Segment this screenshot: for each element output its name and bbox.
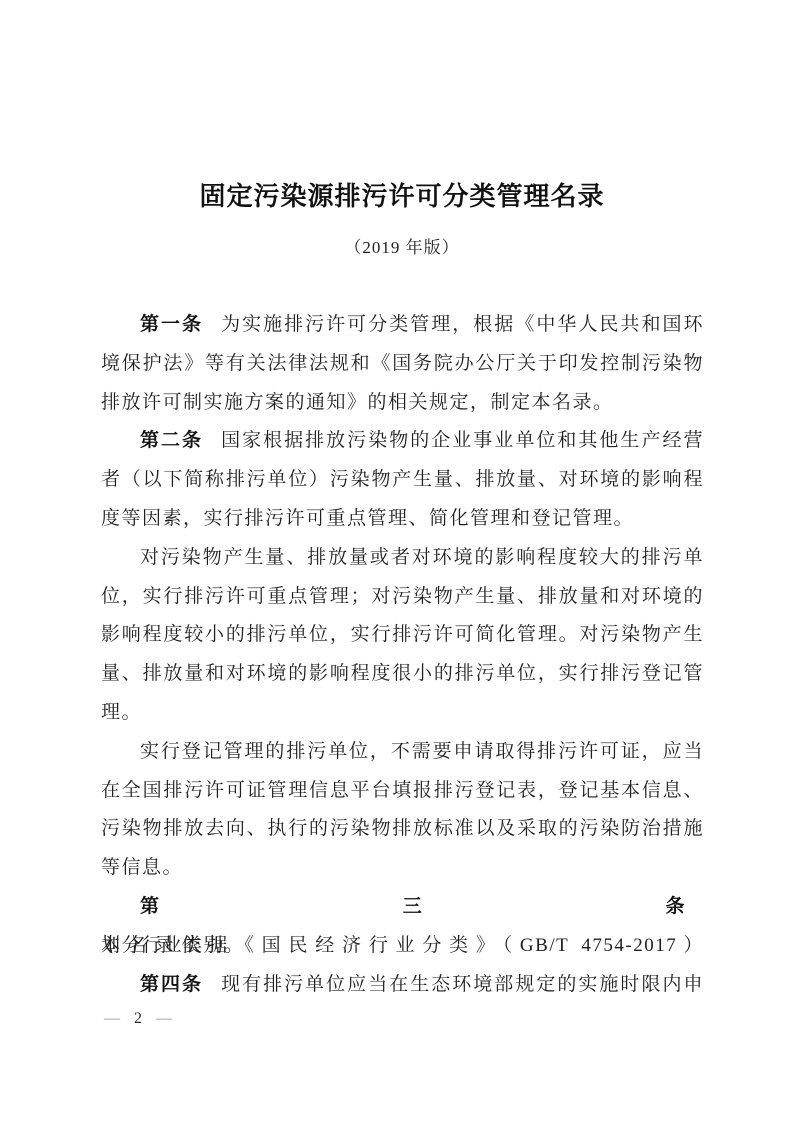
body-line: 境保护法》等有关法律法规和《国务院办公厅关于印发控制污染物 [101, 345, 704, 384]
article-number: 第一条 [140, 314, 203, 335]
body-line: 理。 [101, 694, 704, 733]
body-line: 排放许可制实施方案的通知》的相关规定，制定本名录。 [101, 384, 704, 423]
body-line: 对污染物产生量、排放量或者对环境的影响程度较大的排污单 [101, 539, 704, 578]
article-number: 第三条 [140, 896, 686, 917]
body-line: 等信息。 [101, 849, 704, 888]
body-line: 第二条国家根据排放污染物的企业事业单位和其他生产经营 [101, 422, 704, 461]
body-line: 者（以下简称排污单位）污染物产生量、排放量、对环境的影响程 [101, 461, 704, 500]
document-page: 固定污染源排污许可分类管理名录 （2019 年版） 第一条为实施排污许可分类管理… [0, 0, 800, 1131]
body-line: 实行登记管理的排污单位，不需要申请取得排污许可证，应当 [101, 733, 704, 772]
document-subtitle: （2019 年版） [100, 237, 704, 259]
footer-dash-left: — [104, 1010, 120, 1027]
body-line: 第四条现有排污单位应当在生态环境部规定的实施时限内申 [101, 966, 704, 1005]
body-line: 第一条为实施排污许可分类管理，根据《中华人民共和国环 [101, 306, 704, 345]
body-line: 第三条本名录依据《国民经济行业分类》（GB/T 4754-2017） [101, 888, 704, 927]
page-footer: — 2 — [104, 1007, 172, 1031]
page-number: 2 [134, 1010, 142, 1027]
body-line: 影响程度较小的排污单位，实行排污许可简化管理。对污染物产生 [101, 616, 704, 655]
article-number: 第二条 [140, 430, 203, 451]
body-line: 污染物排放去向、执行的污染物排放标准以及采取的污染防治措施 [101, 810, 704, 849]
article-number: 第四条 [140, 974, 203, 995]
document-body: 第一条为实施排污许可分类管理，根据《中华人民共和国环境保护法》等有关法律法规和《… [101, 306, 704, 1004]
body-line: 位，实行排污许可重点管理；对污染物产生量、排放量和对环境的 [101, 578, 704, 617]
document-title: 固定污染源排污许可分类管理名录 [100, 180, 704, 212]
body-line: 在全国排污许可证管理信息平台填报排污登记表，登记基本信息、 [101, 772, 704, 811]
footer-dash-right: — [156, 1010, 172, 1027]
body-line: 度等因素，实行排污许可重点管理、简化管理和登记管理。 [101, 500, 704, 539]
body-line: 量、排放量和对环境的影响程度很小的排污单位，实行排污登记管 [101, 655, 704, 694]
